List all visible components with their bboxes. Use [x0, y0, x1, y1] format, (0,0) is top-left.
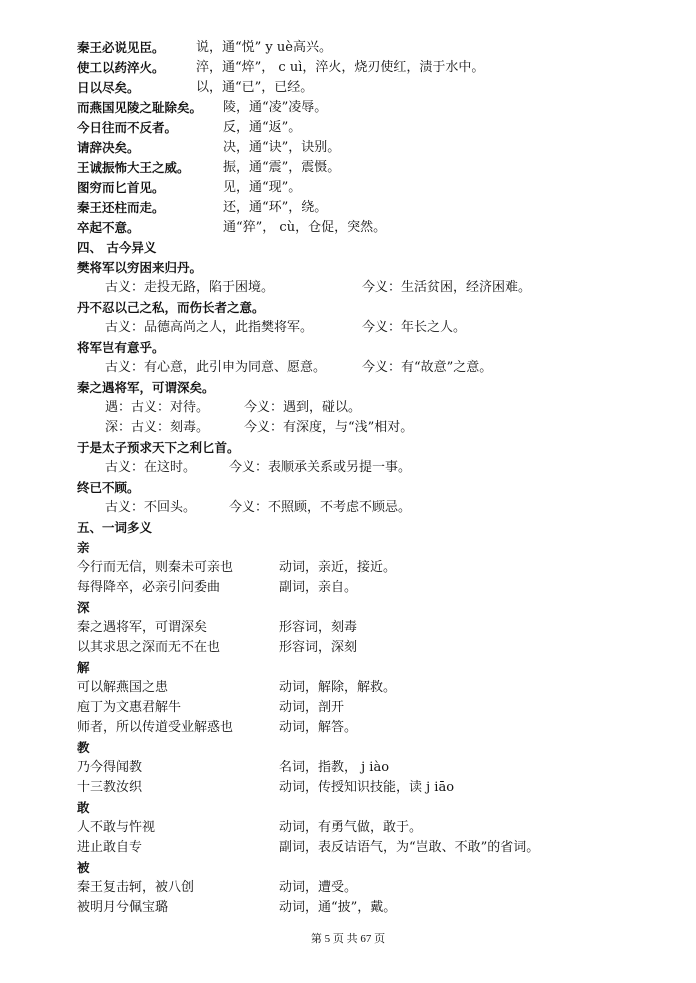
meaning: 形容词，刻毒 — [279, 618, 357, 638]
example-sentence: 师者，所以传道受业解惑也 — [77, 720, 233, 735]
ancient-meaning: 古义：走投无路，陷于困境。 — [105, 280, 274, 295]
meaning: 形容词，深刻 — [279, 638, 357, 658]
modern-meaning: 今义：遇到，碰以。 — [244, 398, 361, 418]
example-sentence: 十三教汝织 — [77, 780, 142, 795]
meaning: 动词，通“披”，戴。 — [279, 898, 396, 918]
note: 淬，通“焠”， c uì，淬火，烧刃使红，渍于水中。 — [196, 58, 484, 78]
tongjia-row: 卒起不意。通“猝”， cù，仓促，突然。 — [77, 218, 140, 238]
usage-row: 每得降卒，必亲引问委曲副词，亲自。 — [77, 578, 220, 598]
note: 反，通“返”。 — [223, 118, 301, 138]
tongjia-row: 日以尽矣。以，通“已”，已经。 — [77, 78, 140, 98]
meaning-row: 古义：走投无路，陷于困境。今义：生活贫困，经济困难。 — [77, 278, 274, 298]
meaning-row: 古义：在这时。今义：表顺承关系或另提一事。 — [77, 458, 196, 478]
note: 还，通“环”，绕。 — [223, 198, 327, 218]
modern-meaning: 今义：有深度，与“浅”相对。 — [244, 418, 413, 438]
usage-row: 可以解燕国之患动词，解除，解救。 — [77, 678, 168, 698]
sentence: 日以尽矣。 — [77, 80, 140, 95]
example-sentence: 秦之遇将军，可谓深矣 — [77, 620, 207, 635]
ancient-meaning: 古义：有心意，此引申为同意、愿意。 — [105, 360, 326, 375]
sentence: 樊将军以穷困来归丹。 — [77, 258, 202, 278]
modern-meaning: 今义：年长之人。 — [362, 318, 466, 338]
usage-row: 秦王复击轲，被八创动词，遭受。 — [77, 878, 194, 898]
usage-row: 庖丁为文惠君解牛动词，剖开 — [77, 698, 181, 718]
meaning-row: 古义：不回头。今义：不照顾，不考虑不顾忌。 — [77, 498, 196, 518]
word-heading: 解 — [77, 658, 90, 678]
tongjia-row: 使工以药淬火。淬，通“焠”， c uì，淬火，烧刃使红，渍于水中。 — [77, 58, 165, 78]
meaning: 名词，指教， j iào — [279, 758, 389, 778]
tongjia-row: 而燕国见陵之耻除矣。陵，通“凌”凌辱。 — [77, 98, 202, 118]
word-heading: 亲 — [77, 538, 90, 558]
ancient-meaning: 古义：品德高尚之人，此指樊将军。 — [105, 320, 313, 335]
modern-meaning: 今义：有“故意”之意。 — [362, 358, 492, 378]
note: 以，通“已”，已经。 — [196, 78, 313, 98]
tongjia-row: 秦王还柱而走。还，通“环”，绕。 — [77, 198, 165, 218]
document-page: 秦王必说见臣。说，通“悦” y uè高兴。 使工以药淬火。淬，通“焠”， c u… — [0, 0, 696, 983]
note: 说，通“悦” y uè高兴。 — [196, 38, 332, 58]
sentence: 终已不顾。 — [77, 478, 140, 498]
example-sentence: 庖丁为文惠君解牛 — [77, 700, 181, 715]
example-sentence: 以其求思之深而无不在也 — [77, 640, 220, 655]
meaning-row: 深：古义：刻毒。今义：有深度，与“浅”相对。 — [77, 418, 209, 438]
ancient-meaning: 深：古义：刻毒。 — [105, 420, 209, 435]
ancient-meaning: 遇：古义：对待。 — [105, 400, 209, 415]
usage-row: 进止敢自专副词，表反诘语气，为“岂敢、不敢”的省词。 — [77, 838, 142, 858]
usage-row: 乃今得闻教名词，指教， j iào — [77, 758, 142, 778]
sentence: 卒起不意。 — [77, 220, 140, 235]
sentence: 今日往而不反者。 — [77, 120, 177, 135]
usage-row: 师者，所以传道受业解惑也动词，解答。 — [77, 718, 233, 738]
example-sentence: 进止敢自专 — [77, 840, 142, 855]
meaning: 动词，传授知识技能，读 j iāo — [279, 778, 454, 798]
section-heading: 五、一词多义 — [77, 518, 152, 538]
usage-row: 以其求思之深而无不在也形容词，深刻 — [77, 638, 220, 658]
modern-meaning: 今义：生活贫困，经济困难。 — [362, 278, 531, 298]
example-sentence: 今行而无信，则秦未可亲也 — [77, 560, 233, 575]
word-heading: 敢 — [77, 798, 90, 818]
usage-row: 人不敢与忤视动词，有勇气做，敢于。 — [77, 818, 155, 838]
sentence: 使工以药淬火。 — [77, 60, 165, 75]
tongjia-row: 图穷而匕首见。见，通“现”。 — [77, 178, 165, 198]
note: 决，通“诀”，诀别。 — [223, 138, 340, 158]
note: 通“猝”， cù，仓促，突然。 — [223, 218, 386, 238]
example-sentence: 乃今得闻教 — [77, 760, 142, 775]
sentence: 而燕国见陵之耻除矣。 — [77, 100, 202, 115]
sentence: 秦王必说见臣。 — [77, 40, 165, 55]
example-sentence: 每得降卒，必亲引问委曲 — [77, 580, 220, 595]
example-sentence: 可以解燕国之患 — [77, 680, 168, 695]
meaning: 动词，剖开 — [279, 698, 344, 718]
usage-row: 今行而无信，则秦未可亲也动词，亲近，接近。 — [77, 558, 233, 578]
note: 陵，通“凌”凌辱。 — [223, 98, 327, 118]
meaning: 动词，有勇气做，敢于。 — [279, 818, 422, 838]
ancient-meaning: 古义：在这时。 — [105, 460, 196, 475]
meaning-row: 古义：有心意，此引申为同意、愿意。今义：有“故意”之意。 — [77, 358, 326, 378]
sentence: 丹不忍以己之私，而伤长者之意。 — [77, 298, 265, 318]
sentence: 王诚振怖大王之威。 — [77, 160, 190, 175]
tongjia-row: 秦王必说见臣。说，通“悦” y uè高兴。 — [77, 38, 165, 58]
sentence: 于是太子预求天下之利匕首。 — [77, 438, 240, 458]
modern-meaning: 今义：表顺承关系或另提一事。 — [229, 458, 411, 478]
usage-row: 被明月兮佩宝璐动词，通“披”，戴。 — [77, 898, 168, 918]
meaning-row: 古义：品德高尚之人，此指樊将军。今义：年长之人。 — [77, 318, 313, 338]
usage-row: 十三教汝织动词，传授知识技能，读 j iāo — [77, 778, 142, 798]
word-heading: 深 — [77, 598, 90, 618]
meaning: 副词，表反诘语气，为“岂敢、不敢”的省词。 — [279, 838, 539, 858]
sentence: 图穷而匕首见。 — [77, 180, 165, 195]
example-sentence: 秦王复击轲，被八创 — [77, 880, 194, 895]
note: 振，通“震”，震慑。 — [223, 158, 340, 178]
word-heading: 教 — [77, 738, 90, 758]
meaning: 动词，遭受。 — [279, 878, 357, 898]
sentence: 将军岂有意乎。 — [77, 338, 165, 358]
ancient-meaning: 古义：不回头。 — [105, 500, 196, 515]
meaning: 动词，解除，解救。 — [279, 678, 396, 698]
example-sentence: 被明月兮佩宝璐 — [77, 900, 168, 915]
tongjia-row: 王诚振怖大王之威。振，通“震”，震慑。 — [77, 158, 190, 178]
section-heading: 四、 古今异义 — [77, 238, 156, 258]
modern-meaning: 今义：不照顾，不考虑不顾忌。 — [229, 498, 411, 518]
sentence: 秦之遇将军，可谓深矣。 — [77, 378, 215, 398]
meaning: 副词，亲自。 — [279, 578, 357, 598]
page-number: 第 5 页 共 67 页 — [0, 930, 696, 946]
example-sentence: 人不敢与忤视 — [77, 820, 155, 835]
meaning: 动词，亲近，接近。 — [279, 558, 396, 578]
meaning: 动词，解答。 — [279, 718, 357, 738]
tongjia-row: 请辞决矣。决，通“诀”，诀别。 — [77, 138, 140, 158]
usage-row: 秦之遇将军，可谓深矣形容词，刻毒 — [77, 618, 207, 638]
sentence: 秦王还柱而走。 — [77, 200, 165, 215]
sentence: 请辞决矣。 — [77, 140, 140, 155]
meaning-row: 遇：古义：对待。今义：遇到，碰以。 — [77, 398, 209, 418]
tongjia-row: 今日往而不反者。反，通“返”。 — [77, 118, 177, 138]
note: 见，通“现”。 — [223, 178, 301, 198]
word-heading: 被 — [77, 858, 90, 878]
